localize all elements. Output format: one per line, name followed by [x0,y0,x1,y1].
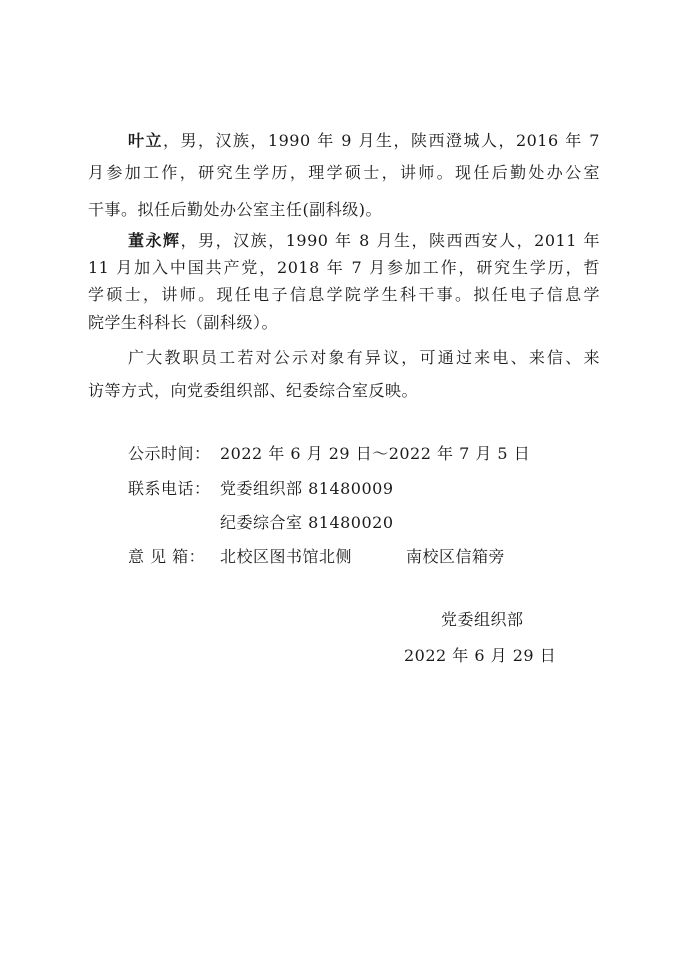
paragraph-line: 干事。拟任后勤处办公室主任(副科级)。 [88,200,600,220]
mailbox-label: 意 见 箱： [128,547,220,567]
contact-phone-value-1: 党委组织部 81480009 [220,479,394,499]
paragraph-line: 广大教职员工若对公示对象有异议，可通过来电、来信、来 [128,348,600,368]
paragraph-line: 访等方式，向党委组织部、纪委综合室反映。 [88,381,600,401]
contact-phone-row: 联系电话：党委组织部 81480009 [128,479,394,499]
contact-phone-value-2: 纪委综合室 81480020 [220,513,394,533]
paragraph-line: 学硕士，讲师。现任电子信息学院学生科干事。拟任电子信息学 [88,285,600,305]
document-page: 叶立，男，汉族，1990 年 9 月生，陕西澄城人，2016 年 7 月参加工作… [0,0,684,968]
mailbox-row: 意 见 箱：北校区图书馆北侧南校区信箱旁 [128,547,505,567]
contact-phone-row-2: 纪委综合室 81480020 [128,513,394,533]
contact-phone-label: 联系电话： [128,479,220,499]
paragraph-line: 叶立，男，汉族，1990 年 9 月生，陕西澄城人，2016 年 7 [128,131,600,151]
signature-org: 党委组织部 [441,610,524,630]
signature-date: 2022 年 6 月 29 日 [404,646,556,666]
candidate-name: 叶立 [128,131,163,150]
paragraph-line: 月参加工作，研究生学历，理学硕士，讲师。现任后勤处办公室 [88,163,600,183]
candidate-name: 董永辉 [128,231,181,250]
mailbox-value-1: 北校区图书馆北侧 [220,547,352,567]
mailbox-value-2: 南校区信箱旁 [406,547,505,567]
publicity-period-value: 2022 年 6 月 29 日～2022 年 7 月 5 日 [220,444,530,464]
paragraph-line: 院学生科科长（副科级）。 [88,313,600,333]
publicity-period-row: 公示时间：2022 年 6 月 29 日～2022 年 7 月 5 日 [128,444,530,464]
paragraph-line: 11 月加入中国共产党，2018 年 7 月参加工作，研究生学历，哲 [88,258,600,278]
publicity-period-label: 公示时间： [128,444,220,464]
paragraph-line: 董永辉，男，汉族，1990 年 8 月生，陕西西安人，2011 年 [128,231,600,251]
